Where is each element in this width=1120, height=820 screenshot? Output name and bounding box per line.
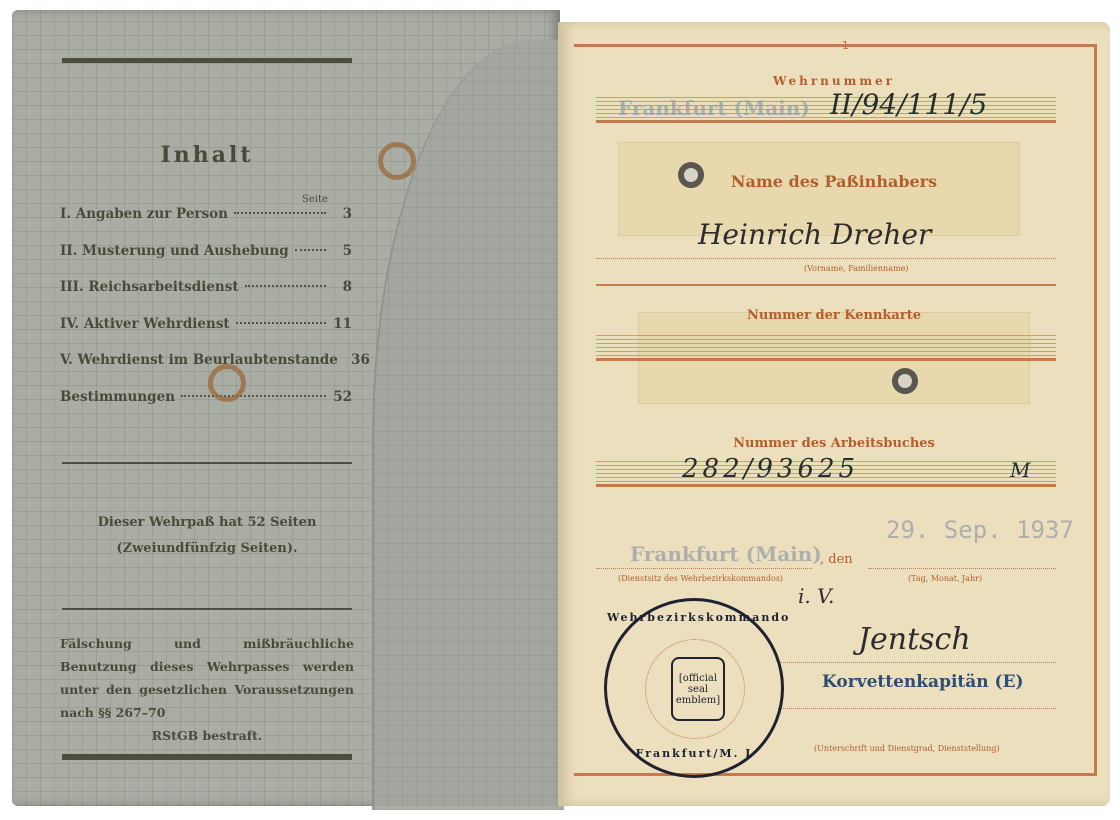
rust-stain	[208, 364, 246, 402]
arbeitsbuch-number: 282/93625	[682, 454, 859, 484]
holder-name: Heinrich Dreher	[698, 218, 931, 251]
kennkarte-field	[596, 332, 1056, 361]
divider-rule	[62, 462, 352, 464]
open-passbook: Inhalt Seite I. Angaben zur Person3 II. …	[10, 8, 1110, 808]
name-sublabel: (Vorname, Familienname)	[804, 264, 908, 273]
forgery-warning: Fälschung und mißbräuchliche Benutzung d…	[60, 632, 354, 747]
date-stamp: 29. Sep. 1937	[886, 516, 1074, 544]
toc-row: Bestimmungen52	[60, 389, 352, 426]
page-number: 1	[842, 39, 849, 52]
seal-emblem-placeholder: [official seal emblem]	[671, 657, 725, 721]
name-dotted-line	[596, 258, 1056, 259]
rank-dotted-line	[778, 708, 1056, 709]
iv-note: i. V.	[798, 584, 834, 608]
right-page-identity: 1 Wehrnummer Frankfurt (Main) II/94/111/…	[558, 22, 1110, 806]
rank-stamp: Korvettenkapitän (E)	[822, 672, 1024, 692]
wehrnummer-value: II/94/111/5	[830, 88, 987, 121]
toc-seite-header: Seite	[302, 194, 328, 205]
date-sublabel: (Tag, Monat, Jahr)	[908, 574, 982, 583]
toc-title: Inhalt	[62, 142, 352, 168]
name-underline	[596, 284, 1056, 286]
arbeitsbuch-suffix: M	[1010, 458, 1030, 482]
officer-signature: Jentsch	[858, 622, 971, 657]
toc-list: I. Angaben zur Person3 II. Musterung und…	[60, 206, 352, 425]
kennkarte-label: Nummer der Kennkarte	[558, 308, 1110, 323]
left-page-contents: Inhalt Seite I. Angaben zur Person3 II. …	[12, 10, 560, 806]
official-seal-stamp: Wehrbezirkskommando [official seal emble…	[604, 598, 784, 778]
name-label: Name des Paßinhabers	[558, 172, 1110, 191]
place-dotted-line	[596, 568, 812, 569]
place-sublabel: (Dienstsitz des Wehrbezirkskommandos)	[618, 574, 783, 583]
divider-rule	[62, 608, 352, 610]
rust-stain	[378, 142, 416, 180]
wehrnummer-label: Wehrnummer	[558, 74, 1110, 88]
place-stamp: Frankfurt (Main)	[630, 542, 822, 566]
wehrnummer-place-stamp: Frankfurt (Main)	[618, 96, 810, 120]
toc-row: II. Musterung und Aushebung5	[60, 243, 352, 280]
den-label: , den	[820, 552, 853, 567]
top-rule	[62, 58, 352, 63]
signature-dotted-line	[778, 662, 1056, 663]
toc-row: IV. Aktiver Wehrdienst11	[60, 316, 352, 353]
toc-row: I. Angaben zur Person3	[60, 206, 352, 243]
signature-sublabel: (Unterschrift und Dienstgrad, Dienststel…	[814, 744, 1000, 753]
eyelet-hole	[892, 368, 918, 394]
page-count-note: Dieser Wehrpaß hat 52 Seiten (Zweiundfün…	[62, 510, 352, 562]
bottom-rule	[62, 754, 352, 760]
arbeitsbuch-label: Nummer des Arbeitsbuches	[558, 436, 1110, 451]
date-dotted-line	[868, 568, 1056, 569]
toc-row: V. Wehrdienst im Beurlaubtenstande36	[60, 352, 352, 389]
toc-row: III. Reichsarbeitsdienst8	[60, 279, 352, 316]
